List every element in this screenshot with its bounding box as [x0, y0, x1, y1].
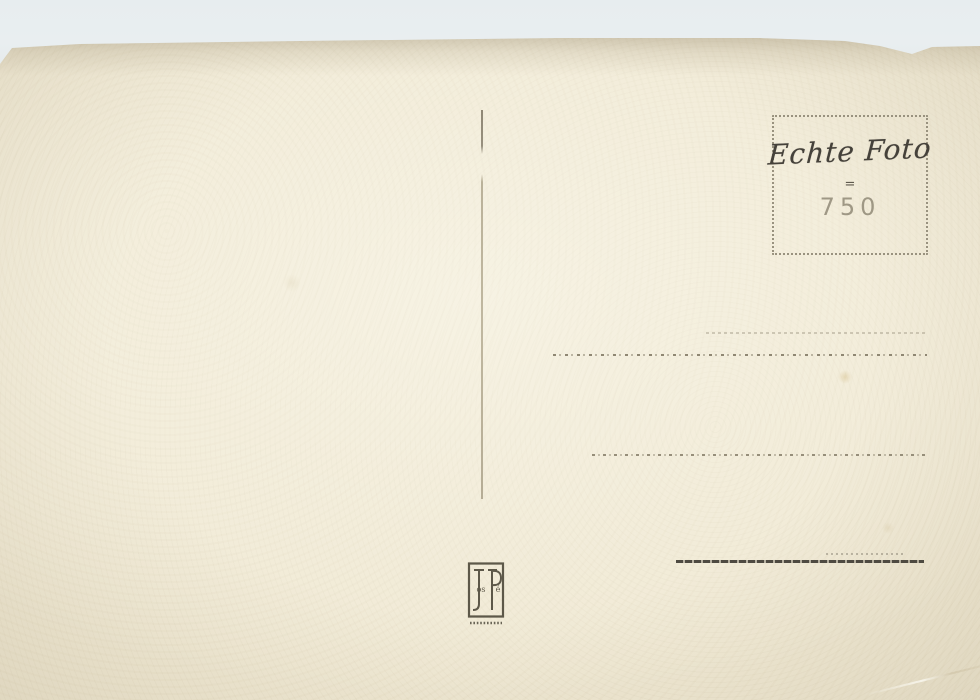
- logo-small-text-os: os: [477, 585, 486, 594]
- address-line-3-fragment: [826, 553, 904, 555]
- logo-small-text-accent: é: [496, 585, 501, 594]
- torn-top-edge: [0, 0, 980, 90]
- echte-foto-mark: Echte Foto: [767, 131, 933, 171]
- message-address-divider-line: [481, 110, 483, 499]
- address-line-2: [592, 454, 927, 456]
- address-line-1: [553, 354, 927, 356]
- paper-crease: [864, 658, 980, 696]
- scanner-backdrop: Echte Foto = 750 os é: [0, 0, 980, 700]
- address-line-3: [676, 560, 924, 563]
- serial-number: 750: [820, 193, 881, 221]
- jp-monogram-icon: os é: [467, 562, 505, 628]
- postcard-back: Echte Foto = 750 os é: [0, 0, 980, 700]
- address-line-faint: [706, 332, 927, 334]
- stamp-box: Echte Foto = 750: [772, 115, 928, 255]
- equals-mark: =: [845, 177, 856, 192]
